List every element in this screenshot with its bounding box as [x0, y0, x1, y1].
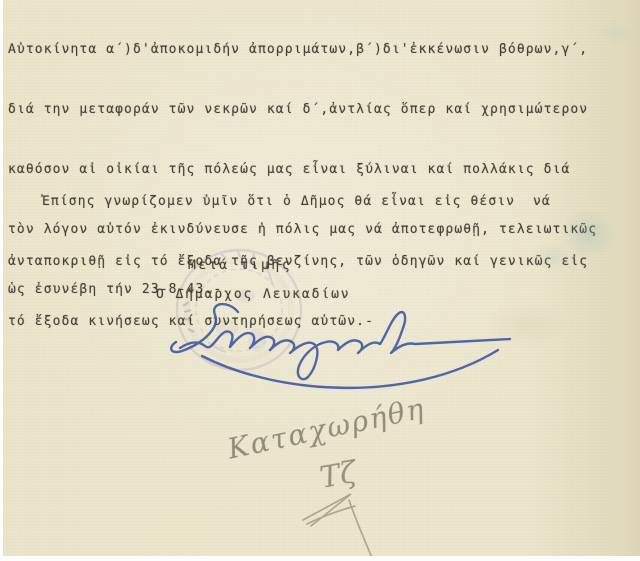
scan-edge-bottom [0, 556, 640, 561]
scan-edge-left [0, 0, 3, 561]
teal-ink-smudge [596, 20, 632, 46]
scanned-letter-page: Αὐτοκίνητα α΄)δ'ἀποκομιδήν ἀπορριμάτων,β… [0, 0, 640, 561]
body-line: Αὐτοκίνητα α΄)δ'ἀποκομιδήν ἀπορριμάτων,β… [8, 42, 597, 72]
pencil-flourish-strokes [293, 486, 388, 561]
mayor-signature-ink [158, 296, 523, 408]
closing-salutation: Μετά τιμῆς [188, 258, 292, 273]
body-line: ἀνταποκριθῇ εἰς τό ἔξοδα τῆς βενζίνης, τ… [8, 254, 588, 284]
body-line: Ἐπίσης γνωρίζομεν ὑμῖν ὅτι ὁ Δῆμος θά εἶ… [8, 194, 588, 224]
body-line: διά την μεταφοράν τῶν νεκρῶν καί δ΄,ἀντλ… [8, 102, 597, 132]
